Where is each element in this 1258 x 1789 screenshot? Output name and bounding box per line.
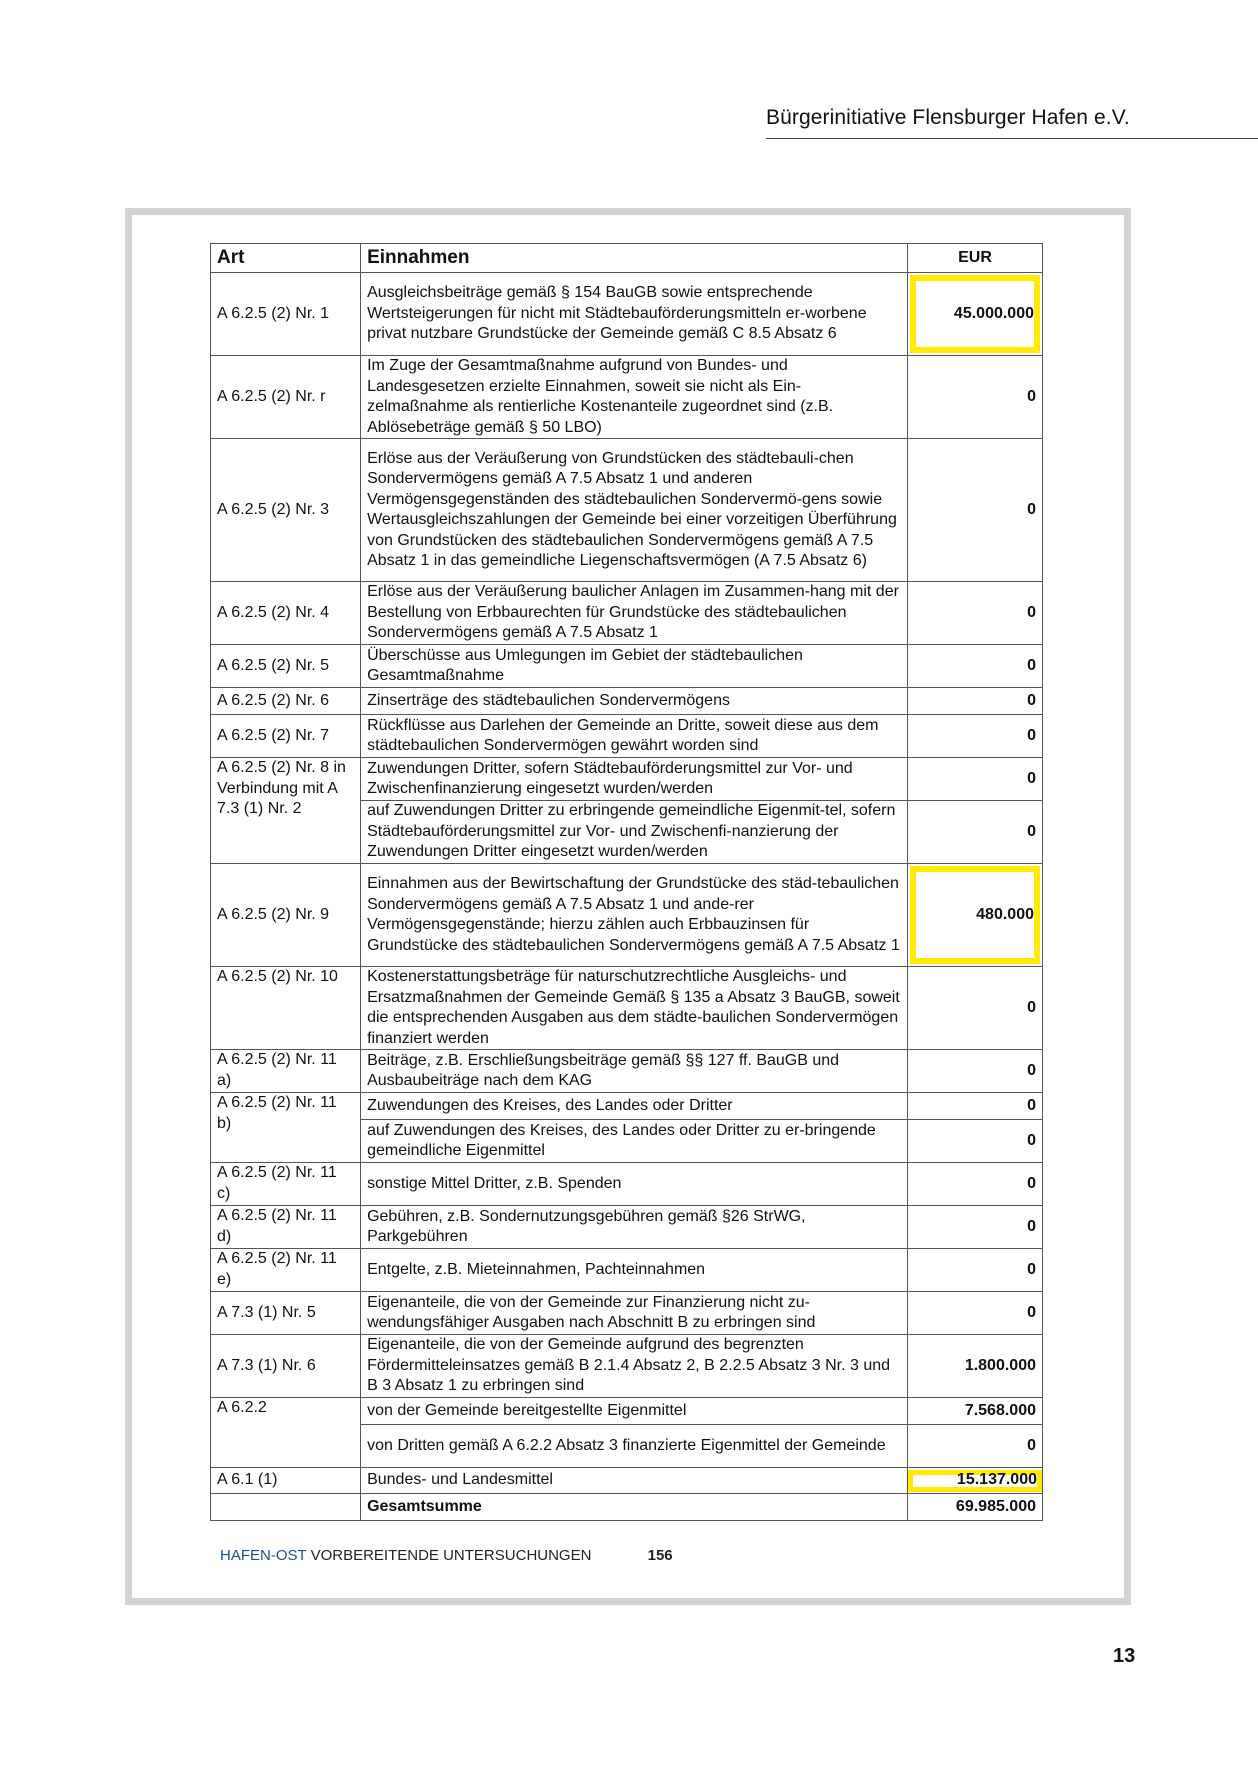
- cell-einnahmen: Zuwendungen Dritter, sofern Städtebauför…: [361, 758, 908, 801]
- cell-eur: 0: [908, 1206, 1043, 1249]
- amount: 45.000.000: [954, 304, 1034, 325]
- table-row: A 7.3 (1) Nr. 5Eigenanteile, die von der…: [211, 1292, 1043, 1335]
- cell-einnahmen: Zinserträge des städtebaulichen Sonderve…: [361, 688, 908, 715]
- table-row: A 6.2.5 (2) Nr. 3Erlöse aus der Veräußer…: [211, 439, 1043, 582]
- value: 0: [908, 967, 1042, 1049]
- table-row: A 6.2.5 (2) Nr. 8 in Verbindung mit A 7.…: [211, 758, 1043, 801]
- value: 0: [908, 1206, 1042, 1248]
- cell-art: A 6.2.5 (2) Nr. 4: [211, 582, 361, 645]
- amount: 0: [1027, 1217, 1036, 1238]
- value: 1.800.000: [908, 1335, 1042, 1397]
- cell-eur: 0: [908, 1163, 1043, 1206]
- cell-eur: 0: [908, 439, 1043, 582]
- value: 7.568.000: [908, 1398, 1042, 1424]
- value: 0: [908, 1249, 1042, 1291]
- value: 0: [908, 1163, 1042, 1205]
- cell-eur: 0: [908, 1120, 1043, 1163]
- cell-eur: 0: [908, 1093, 1043, 1120]
- cell-eur: 0: [908, 582, 1043, 645]
- amount: 0: [1027, 1131, 1036, 1152]
- amount: 0: [1027, 1436, 1036, 1457]
- value: 0: [908, 801, 1042, 863]
- cell-art: A 6.2.5 (2) Nr. 11 e): [211, 1249, 361, 1292]
- table-row: A 6.2.5 (2) Nr. 11 d)Gebühren, z.B. Sond…: [211, 1206, 1043, 1249]
- value: 0: [908, 1120, 1042, 1162]
- cell-eur: 0: [908, 801, 1043, 864]
- table-row: A 6.2.5 (2) Nr. 6Zinserträge des städteb…: [211, 688, 1043, 715]
- table-row: A 6.2.5 (2) Nr. 9Einnahmen aus der Bewir…: [211, 864, 1043, 967]
- cell-einnahmen: Beiträge, z.B. Erschließungsbeiträge gem…: [361, 1050, 908, 1093]
- amount: 7.568.000: [965, 1401, 1036, 1422]
- highlighted-value: 480.000: [910, 866, 1040, 964]
- table-row: A 6.1 (1)Bundes- und Landesmittel15.137.…: [211, 1468, 1043, 1494]
- cell-eur: 0: [908, 1249, 1043, 1292]
- amount: 1.800.000: [965, 1356, 1036, 1377]
- amount: 0: [1027, 998, 1036, 1019]
- amount: 0: [1027, 387, 1036, 408]
- cell-einnahmen: auf Zuwendungen Dritter zu erbringende g…: [361, 801, 908, 864]
- cell-einnahmen: Erlöse aus der Veräußerung baulicher Anl…: [361, 582, 908, 645]
- cell-art: A 7.3 (1) Nr. 5: [211, 1292, 361, 1335]
- page-footer: HAFEN-OST VORBEREITENDE UNTERSUCHUNGEN 1…: [220, 1547, 673, 1564]
- highlighted-value: 45.000.000: [910, 275, 1040, 353]
- value: 0: [908, 582, 1042, 644]
- cell-einnahmen: Einnahmen aus der Bewirtschaftung der Gr…: [361, 864, 908, 967]
- cell-art: A 6.2.5 (2) Nr. 10: [211, 967, 361, 1050]
- cell-art: A 6.2.5 (2) Nr. 9: [211, 864, 361, 967]
- cell-eur: 480.000: [908, 864, 1043, 967]
- cell-einnahmen: Rückflüsse aus Darlehen der Gemeinde an …: [361, 715, 908, 758]
- cell-einnahmen: Ausgleichsbeiträge gemäß § 154 BauGB sow…: [361, 273, 908, 356]
- footer-subtitle: VORBEREITENDE UNTERSUCHUNGEN: [311, 1547, 592, 1564]
- value: 0: [908, 758, 1042, 800]
- cell-art-empty: [211, 1494, 361, 1521]
- value: 0: [908, 1050, 1042, 1092]
- cell-eur: 0: [908, 645, 1043, 688]
- cell-eur: 0: [908, 715, 1043, 758]
- value: 0: [908, 439, 1042, 581]
- table-row: A 6.2.5 (2) Nr. 11 c)sonstige Mittel Dri…: [211, 1163, 1043, 1206]
- footer-inner-page: 156: [648, 1547, 673, 1564]
- table-row: A 6.2.5 (2) Nr. rIm Zuge der Gesamtmaßna…: [211, 356, 1043, 439]
- value: 0: [908, 688, 1042, 714]
- cell-eur: 0: [908, 1425, 1043, 1468]
- cell-einnahmen: Eigenanteile, die von der Gemeinde aufgr…: [361, 1335, 908, 1398]
- cell-einnahmen: auf Zuwendungen des Kreises, des Landes …: [361, 1120, 908, 1163]
- cell-art: A 6.2.5 (2) Nr. 6: [211, 688, 361, 715]
- cell-einnahmen: von Dritten gemäß A 6.2.2 Absatz 3 finan…: [361, 1425, 908, 1468]
- value: 0: [908, 645, 1042, 687]
- amount: 0: [1027, 822, 1036, 843]
- header-rule: [766, 138, 1258, 139]
- column-header-einnahmen: Einnahmen: [361, 244, 908, 273]
- value: 0: [908, 1292, 1042, 1334]
- cell-eur: 0: [908, 758, 1043, 801]
- cell-eur: 1.800.000: [908, 1335, 1043, 1398]
- amount: 0: [1027, 1174, 1036, 1195]
- value: 69.985.000: [908, 1494, 1042, 1520]
- page-number: 13: [1113, 1645, 1135, 1668]
- cell-eur: 0: [908, 967, 1043, 1050]
- cell-einnahmen: Erlöse aus der Veräußerung von Grundstüc…: [361, 439, 908, 582]
- cell-art: A 6.2.5 (2) Nr. 3: [211, 439, 361, 582]
- table-row: A 7.3 (1) Nr. 6Eigenanteile, die von der…: [211, 1335, 1043, 1398]
- amount: 480.000: [976, 905, 1034, 926]
- amount: 0: [1027, 500, 1036, 521]
- value: 0: [908, 715, 1042, 757]
- table-row: A 6.2.5 (2) Nr. 11 e)Entgelte, z.B. Miet…: [211, 1249, 1043, 1292]
- cell-art: A 6.2.5 (2) Nr. 8 in Verbindung mit A 7.…: [211, 758, 361, 864]
- table-row: A 6.2.5 (2) Nr. 11 a)Beiträge, z.B. Ersc…: [211, 1050, 1043, 1093]
- amount: 0: [1027, 603, 1036, 624]
- highlighted-value: 15.137.000: [908, 1470, 1042, 1492]
- cell-eur: 0: [908, 356, 1043, 439]
- table-row: A 6.2.5 (2) Nr. 7Rückflüsse aus Darlehen…: [211, 715, 1043, 758]
- amount: 0: [1027, 656, 1036, 677]
- cell-eur: 45.000.000: [908, 273, 1043, 356]
- cell-einnahmen: von der Gemeinde bereitgestellte Eigenmi…: [361, 1398, 908, 1425]
- cell-einnahmen: Zuwendungen des Kreises, des Landes oder…: [361, 1093, 908, 1120]
- cell-art: A 6.2.5 (2) Nr. 11 b): [211, 1093, 361, 1163]
- einnahmen-table: Art Einnahmen EUR A 6.2.5 (2) Nr. 1Ausgl…: [210, 243, 1043, 1521]
- cell-art: A 6.2.5 (2) Nr. 5: [211, 645, 361, 688]
- amount: 69.985.000: [956, 1497, 1036, 1518]
- cell-einnahmen: Entgelte, z.B. Mieteinnahmen, Pachteinna…: [361, 1249, 908, 1292]
- amount: 0: [1027, 1303, 1036, 1324]
- cell-einnahmen: Im Zuge der Gesamtmaßnahme aufgrund von …: [361, 356, 908, 439]
- cell-eur: 0: [908, 1050, 1043, 1093]
- cell-art: A 6.2.5 (2) Nr. 11 a): [211, 1050, 361, 1093]
- column-header-eur: EUR: [908, 244, 1043, 273]
- table-row: A 6.2.2von der Gemeinde bereitgestellte …: [211, 1398, 1043, 1425]
- table-row: A 6.2.5 (2) Nr. 11 b)Zuwendungen des Kre…: [211, 1093, 1043, 1120]
- column-header-art: Art: [211, 244, 361, 273]
- value: 0: [908, 1425, 1042, 1467]
- cell-art: A 6.2.5 (2) Nr. 11 c): [211, 1163, 361, 1206]
- table-row: A 6.2.5 (2) Nr. 10Kostenerstattungsbeträ…: [211, 967, 1043, 1050]
- amount: 15.137.000: [957, 1470, 1037, 1491]
- amount: 0: [1027, 691, 1036, 712]
- cell-art: A 7.3 (1) Nr. 6: [211, 1335, 361, 1398]
- cell-einnahmen: Überschüsse aus Umlegungen im Gebiet der…: [361, 645, 908, 688]
- table-row: A 6.2.5 (2) Nr. 5Überschüsse aus Umlegun…: [211, 645, 1043, 688]
- table-header-row: Art Einnahmen EUR: [211, 244, 1043, 273]
- cell-art: A 6.2.5 (2) Nr. r: [211, 356, 361, 439]
- total-label: Gesamtsumme: [361, 1494, 908, 1521]
- amount: 0: [1027, 769, 1036, 790]
- cell-eur: 15.137.000: [908, 1468, 1043, 1494]
- cell-einnahmen: Bundes- und Landesmittel: [361, 1468, 908, 1494]
- amount: 0: [1027, 1061, 1036, 1082]
- cell-eur: 0: [908, 688, 1043, 715]
- cell-einnahmen: sonstige Mittel Dritter, z.B. Spenden: [361, 1163, 908, 1206]
- cell-einnahmen: Eigenanteile, die von der Gemeinde zur F…: [361, 1292, 908, 1335]
- total-value: 69.985.000: [908, 1494, 1043, 1521]
- cell-einnahmen: Kostenerstattungsbeträge für naturschutz…: [361, 967, 908, 1050]
- cell-eur: 0: [908, 1292, 1043, 1335]
- cell-einnahmen: Gebühren, z.B. Sondernutzungsgebühren ge…: [361, 1206, 908, 1249]
- cell-eur: 7.568.000: [908, 1398, 1043, 1425]
- table-row: A 6.2.5 (2) Nr. 1Ausgleichsbeiträge gemä…: [211, 273, 1043, 356]
- value: 0: [908, 1093, 1042, 1119]
- amount: 0: [1027, 1096, 1036, 1117]
- amount: 0: [1027, 726, 1036, 747]
- footer-project: HAFEN-OST: [220, 1547, 306, 1564]
- amount: 0: [1027, 1260, 1036, 1281]
- cell-art: A 6.2.5 (2) Nr. 1: [211, 273, 361, 356]
- table-row: A 6.2.5 (2) Nr. 4Erlöse aus der Veräußer…: [211, 582, 1043, 645]
- header-title: Bürgerinitiative Flensburger Hafen e.V.: [766, 106, 1130, 130]
- total-row: Gesamtsumme69.985.000: [211, 1494, 1043, 1521]
- cell-art: A 6.1 (1): [211, 1468, 361, 1494]
- cell-art: A 6.2.2: [211, 1398, 361, 1468]
- cell-art: A 6.2.5 (2) Nr. 7: [211, 715, 361, 758]
- cell-art: A 6.2.5 (2) Nr. 11 d): [211, 1206, 361, 1249]
- value: 0: [908, 356, 1042, 438]
